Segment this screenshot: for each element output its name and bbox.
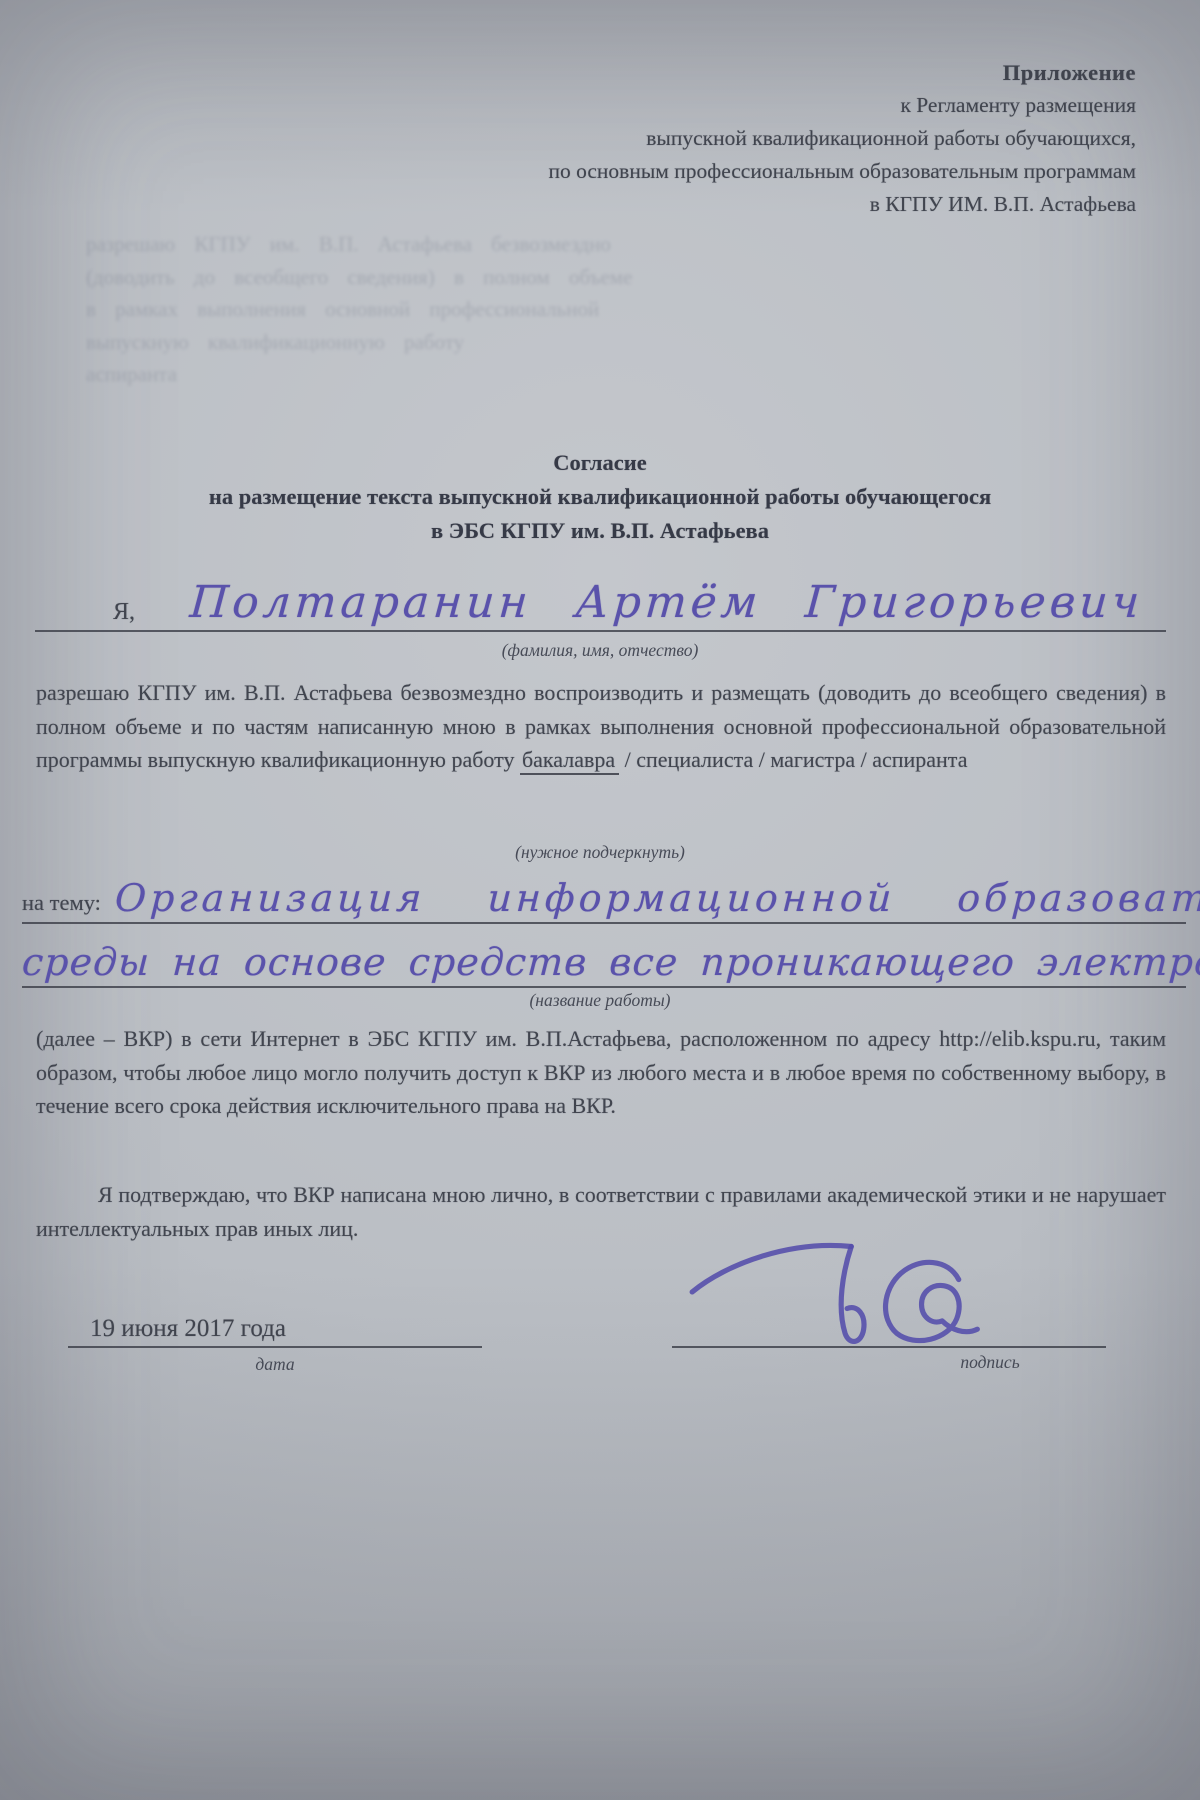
scanned-consent-form: Приложение к Регламенту размещения выпус…	[0, 0, 1200, 1800]
handwritten-thesis-title-line1: Организация информационной образовательн…	[114, 876, 1200, 922]
theme-label: на тему:	[22, 890, 101, 922]
handwritten-full-name: Полтаранин Артём Григорьевич	[188, 577, 1145, 630]
appendix-header-line: в КГПУ ИМ. В.П. Астафьева	[140, 188, 1136, 221]
thesis-title-field-line1: на тему: Организация информационной обра…	[22, 866, 1186, 924]
appendix-header: Приложение к Регламенту размещения выпус…	[140, 56, 1136, 221]
date-caption: дата	[68, 1354, 482, 1375]
underline-instruction-caption: (нужное подчеркнуть)	[0, 842, 1200, 863]
ghost-line: выпускную квалификационную работу	[86, 326, 1016, 359]
document-title-line: в ЭБС КГПУ им. В.П. Астафьева	[40, 514, 1160, 548]
name-field-caption: (фамилия, имя, отчество)	[0, 640, 1200, 661]
permission-paragraph: разрешаю КГПУ им. В.П. Астафьева безвозм…	[36, 676, 1166, 777]
thesis-title-caption: (название работы)	[0, 990, 1200, 1011]
permission-text-after: / специалиста / магистра / аспиранта	[619, 747, 967, 772]
signature-caption: подпись	[860, 1352, 1120, 1373]
document-title-line: Согласие	[40, 446, 1160, 480]
thesis-title-field-line2: среды на основе средств все проникающего…	[22, 924, 1186, 988]
name-prefix-label: Я,	[113, 599, 135, 630]
ghost-line: (доводить до всеобщего сведения) в полно…	[86, 261, 1016, 294]
appendix-header-line: по основным профессиональным образовател…	[140, 155, 1136, 188]
appendix-header-line: к Регламенту размещения	[140, 89, 1136, 122]
publication-paragraph: (далее – ВКР) в сети Интернет в ЭБС КГПУ…	[36, 1022, 1166, 1123]
ghost-line: разрешаю КГПУ им. В.П. Астафьева безвозм…	[86, 228, 1016, 261]
ghost-line: аспиранта	[86, 358, 1016, 391]
document-title: Согласие на размещение текста выпускной …	[40, 446, 1160, 548]
handwritten-signature	[688, 1232, 998, 1354]
document-title-line: на размещение текста выпускной квалифика…	[40, 480, 1160, 514]
underlined-degree-choice: бакалавра	[520, 747, 619, 775]
handwritten-thesis-title-line2: среды на основе средств все проникающего…	[21, 940, 1200, 986]
bleedthrough-ghost-text: разрешаю КГПУ им. В.П. Астафьева безвозм…	[86, 228, 1016, 391]
appendix-header-line: выпускной квалификационной работы обучаю…	[140, 122, 1136, 155]
date-value: 19 июня 2017 года	[68, 1315, 286, 1346]
full-name-field: Я, Полтаранин Артём Григорьевич	[35, 560, 1166, 632]
ghost-line: в рамках выполнения основной профессиона…	[86, 293, 1016, 326]
date-field: 19 июня 2017 года	[68, 1298, 482, 1348]
appendix-header-line: Приложение	[140, 56, 1136, 89]
